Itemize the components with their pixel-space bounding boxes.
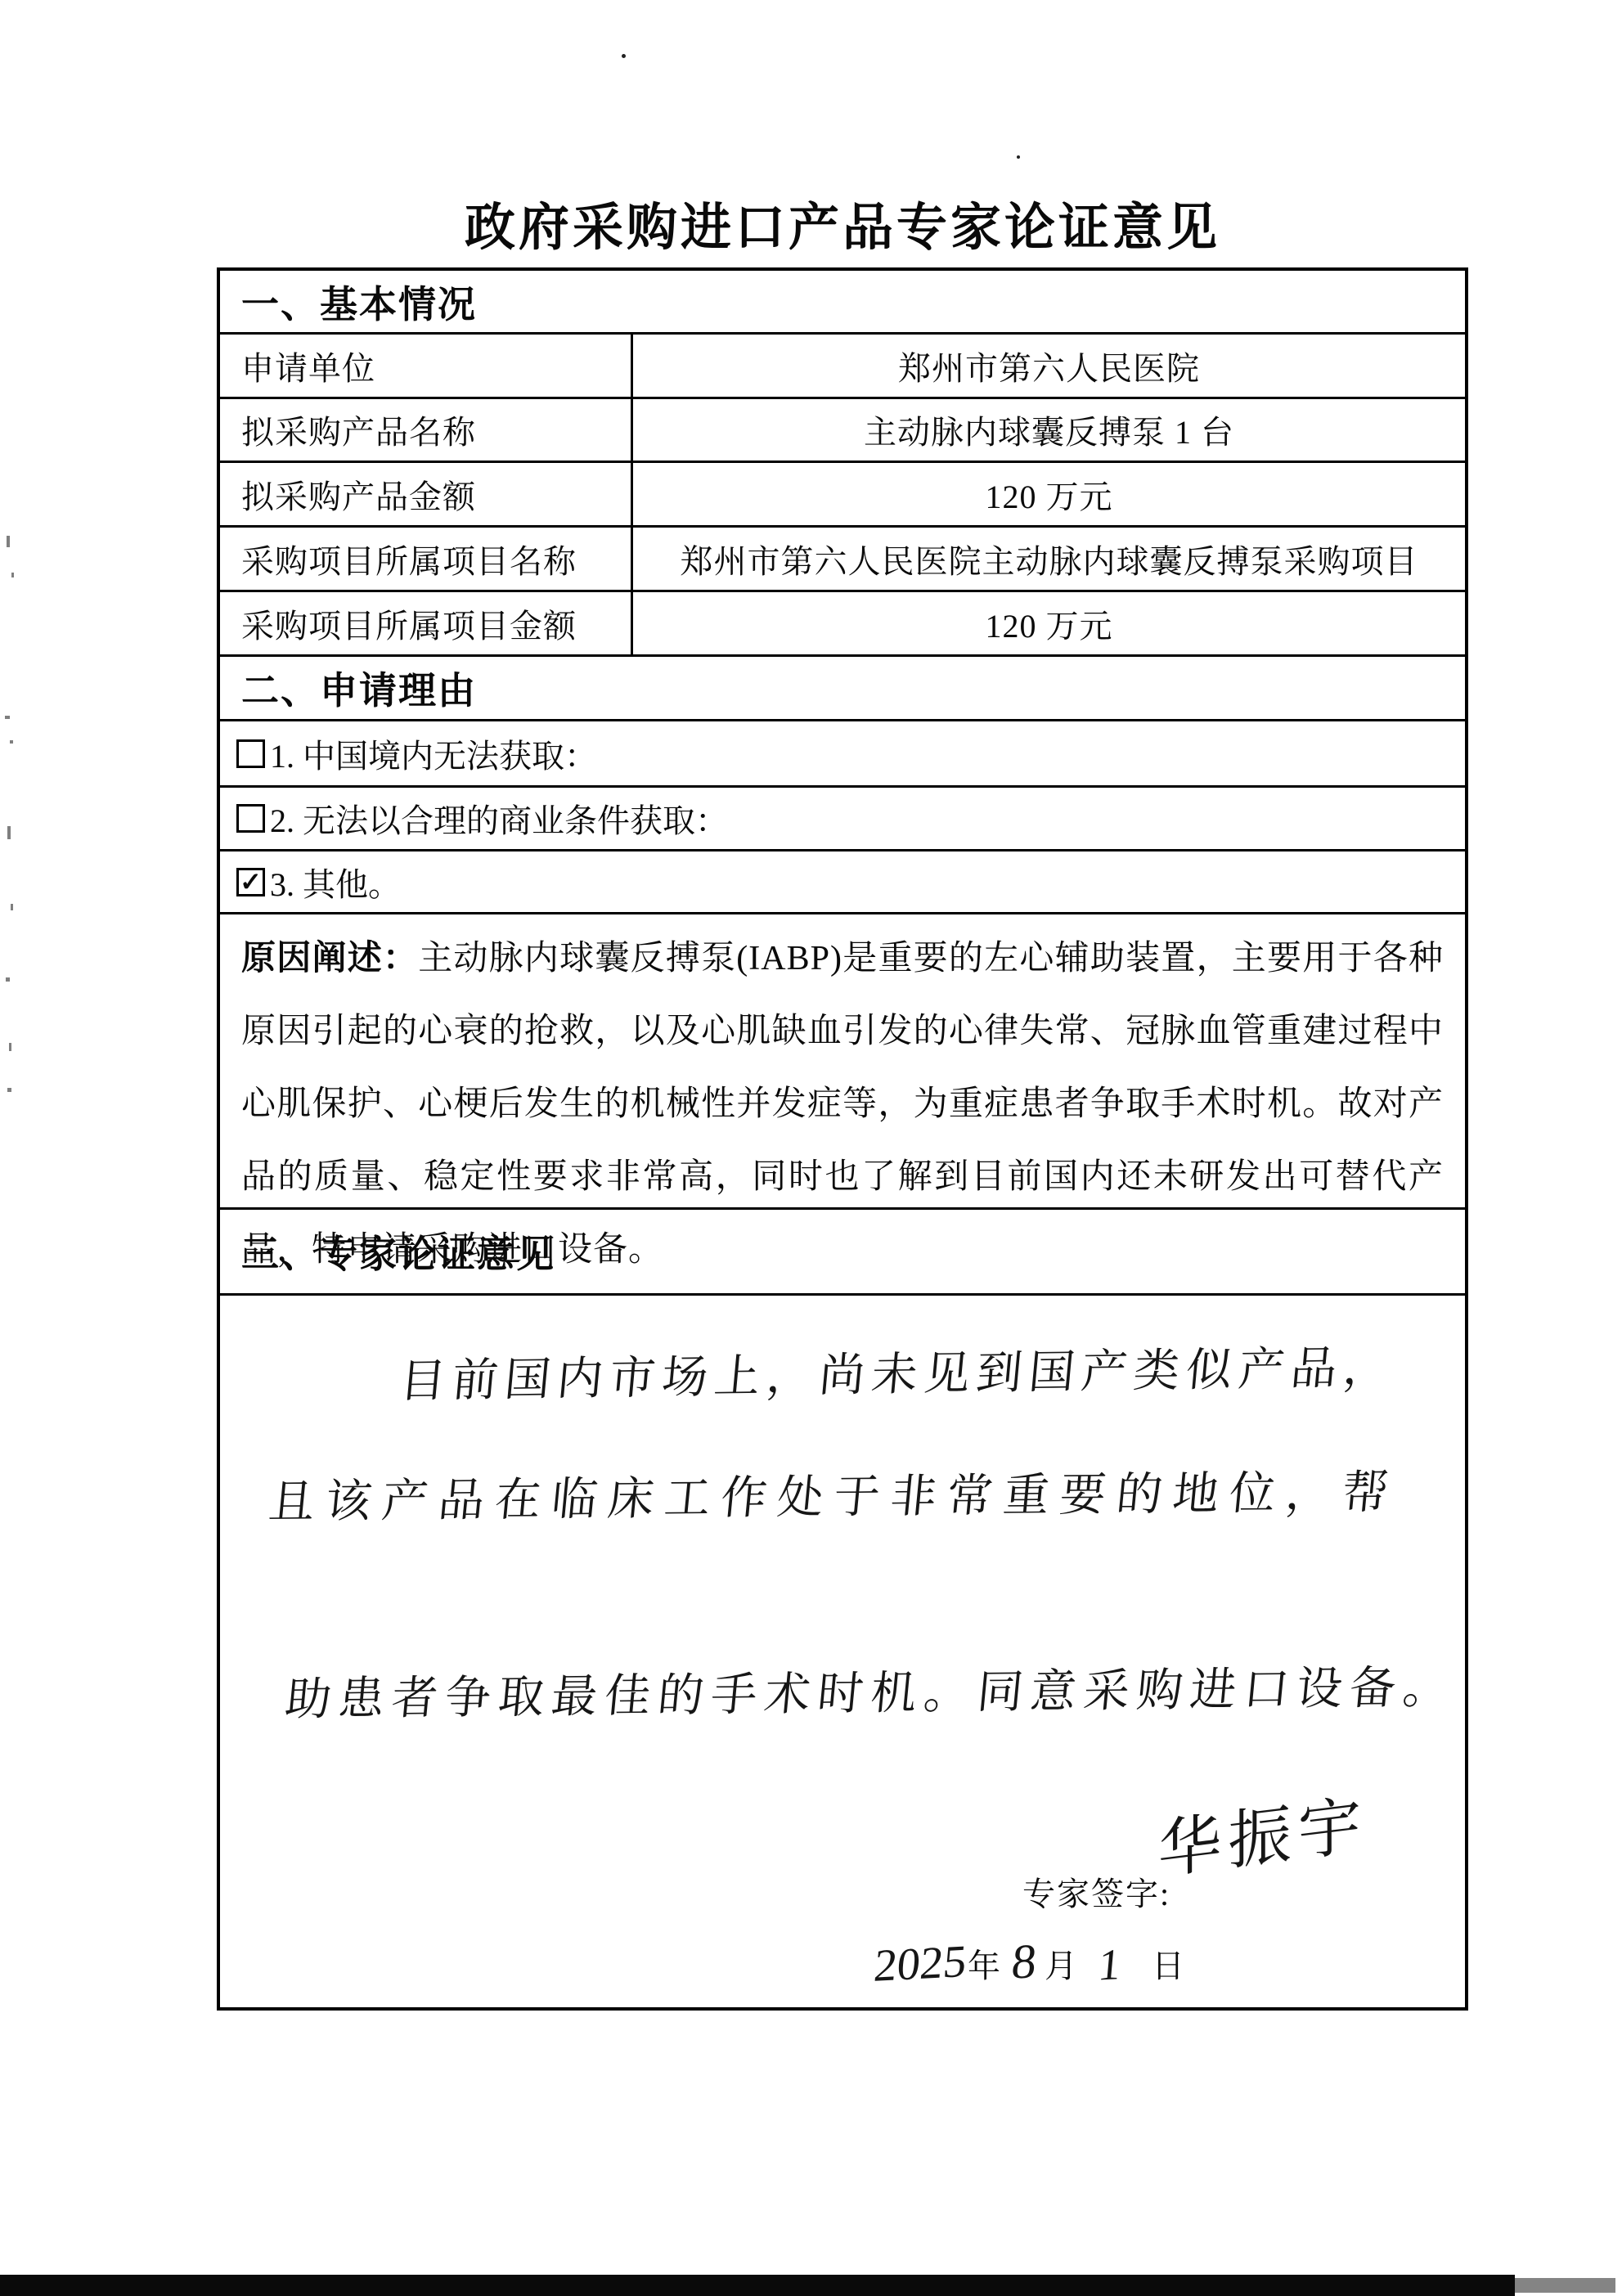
reason-statement-cell: 原因阐述：主动脉内球囊反搏泵(IABP)是重要的左心辅助装置，主要用于各种原因引… <box>220 912 1465 1207</box>
date-year-label: 年 <box>968 1940 1000 1990</box>
table-row-project-amount: 采购项目所属项目金额 120 万元 <box>220 590 1465 654</box>
scanned-document-page: 政府采购进口产品专家论证意见 一、基本情况 申请单位 郑州市第六人民医院 拟采购… <box>0 0 1622 2296</box>
row-label: 采购项目所属项目金额 <box>220 592 633 654</box>
date-year-handwritten: 2025 <box>872 1935 968 1993</box>
table-row-project-name: 采购项目所属项目名称 郑州市第六人民医院主动脉内球囊反搏泵采购项目 <box>220 525 1465 590</box>
row-label: 拟采购产品金额 <box>220 463 633 525</box>
date-day-handwritten: 1 <box>1096 1939 1123 1990</box>
checkbox-icon <box>236 804 265 833</box>
date-line: 2025 年 8 月 1 日 <box>874 1934 1184 1990</box>
scan-black-bar <box>0 2275 1515 2296</box>
row-value: 主动脉内球囊反搏泵 1 台 <box>633 399 1465 461</box>
reason-option-row-3: ✓ 3. 其他。 <box>220 849 1465 912</box>
table-row-applicant: 申请单位 郑州市第六人民医院 <box>220 332 1465 397</box>
date-month-handwritten: 8 <box>1009 1933 1039 1990</box>
table-row-product-name: 拟采购产品名称 主动脉内球囊反搏泵 1 台 <box>220 397 1465 461</box>
date-day-label: 日 <box>1152 1940 1184 1990</box>
section-heading-basic-info: 一、基本情况 <box>220 271 1465 332</box>
handwritten-opinion-line-1: 目前国内市场上，尚未见到国产类似产品， <box>398 1332 1400 1411</box>
checkbox-checked-icon: ✓ <box>236 868 265 896</box>
option-label: 2. 无法以合理的商业条件获取： <box>270 795 728 842</box>
row-value: 120 万元 <box>633 463 1465 525</box>
handwritten-opinion-line-2: 且该产品在临床工作处于非常重要的地位，帮 <box>267 1456 1403 1531</box>
row-label: 拟采购产品名称 <box>220 399 633 461</box>
document-title: 政府采购进口产品专家论证意见 <box>217 186 1468 259</box>
expert-signature-label: 专家签字: <box>1022 1868 1170 1915</box>
reason-option-row-1: 1. 中国境内无法获取： <box>220 719 1465 785</box>
expert-signature-handwritten: 华振宇 <box>1158 1773 1368 1891</box>
row-value: 郑州市第六人民医院主动脉内球囊反搏泵采购项目 <box>633 528 1465 590</box>
option-label: 3. 其他。 <box>270 859 401 905</box>
row-label: 采购项目所属项目名称 <box>220 528 633 590</box>
expert-opinion-cell: 目前国内市场上，尚未见到国产类似产品， 且该产品在临床工作处于非常重要的地位，帮… <box>220 1293 1465 2007</box>
scan-black-bar-tail <box>1515 2278 1615 2293</box>
reason-statement-label: 原因阐述： <box>241 940 418 977</box>
row-value: 郑州市第六人民医院 <box>633 335 1465 397</box>
form-table: 一、基本情况 申请单位 郑州市第六人民医院 拟采购产品名称 主动脉内球囊反搏泵 … <box>217 267 1468 2011</box>
table-row-product-amount: 拟采购产品金额 120 万元 <box>220 461 1465 525</box>
handwritten-opinion-line-3: 助患者争取最佳的手术时机。同意采购进口设备。 <box>282 1651 1459 1729</box>
reason-option-row-2: 2. 无法以合理的商业条件获取： <box>220 785 1465 849</box>
date-month-label: 月 <box>1045 1940 1077 1990</box>
section-heading-application-reason: 二、申请理由 <box>220 654 1465 719</box>
row-value: 120 万元 <box>633 592 1465 654</box>
option-label: 1. 中国境内无法获取： <box>270 730 597 777</box>
row-label: 申请单位 <box>220 335 633 397</box>
checkbox-icon <box>236 739 265 768</box>
